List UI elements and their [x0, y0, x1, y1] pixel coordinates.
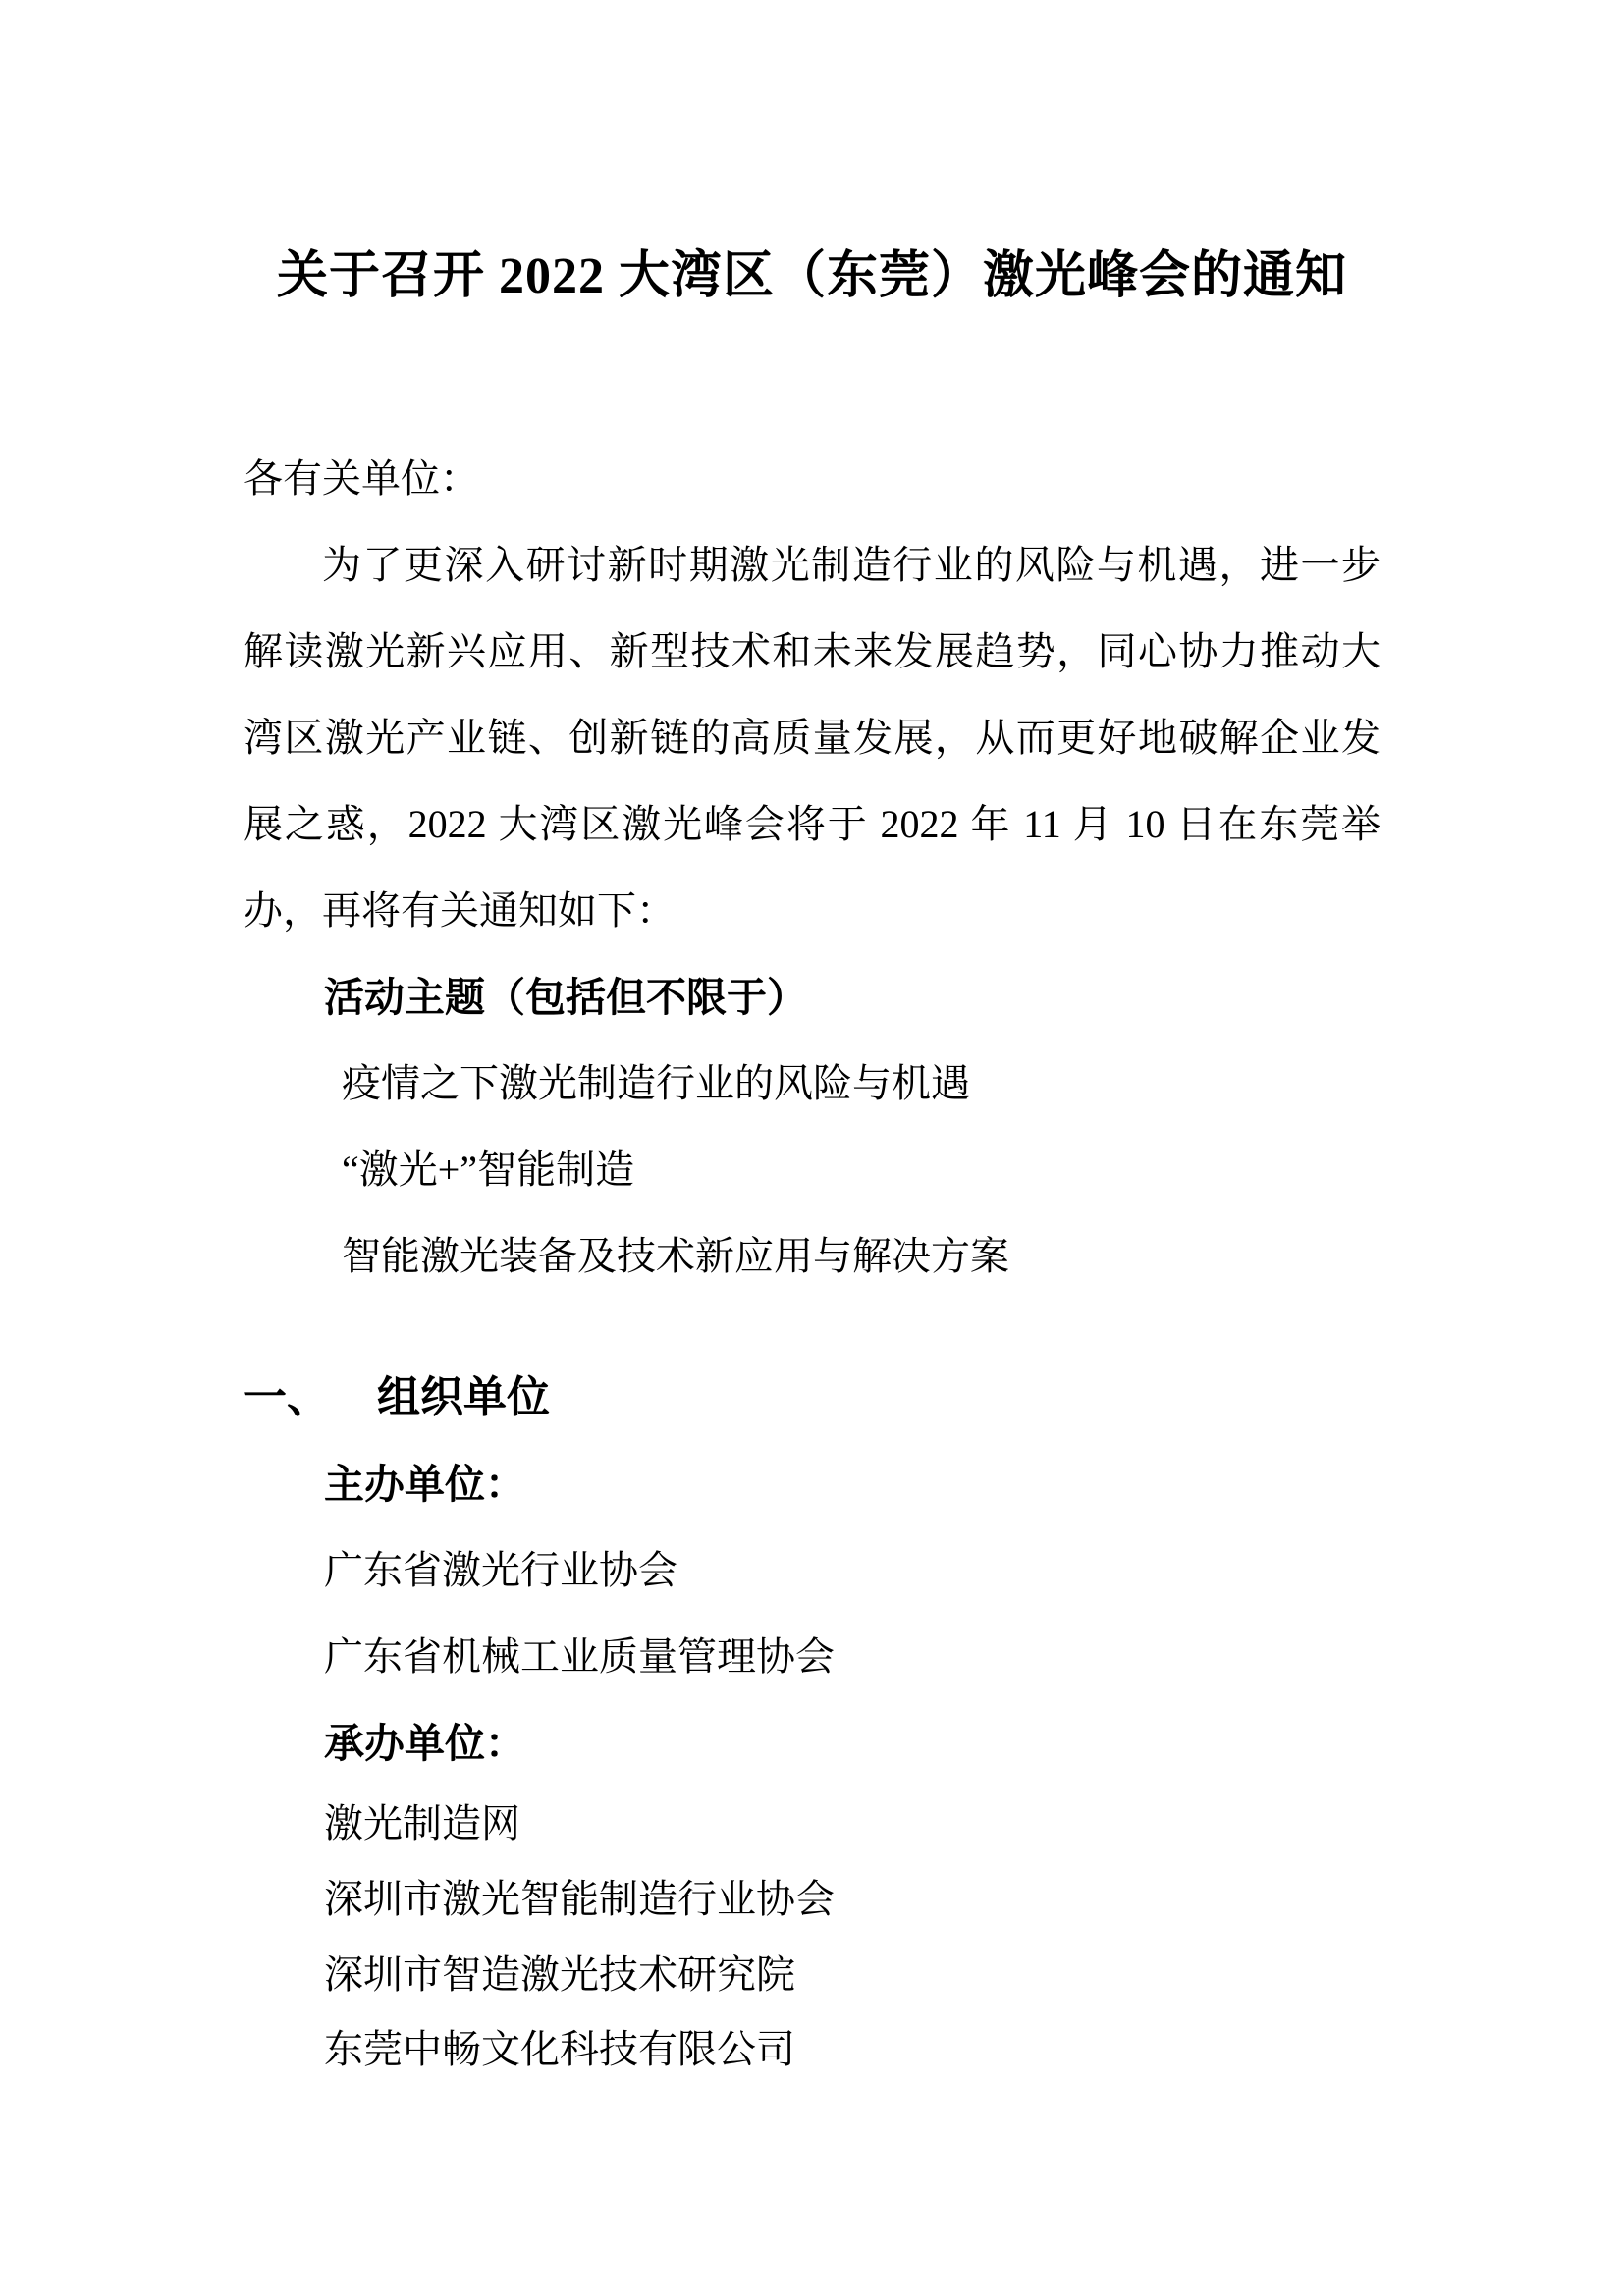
section-title: 组织单位	[377, 1373, 550, 1421]
document-title: 关于召开 2022 大湾区（东莞）激光峰会的通知	[244, 243, 1380, 310]
section-number: 一、	[244, 1355, 330, 1441]
section-heading-organization: 一、组织单位	[244, 1355, 1380, 1441]
topics-heading: 活动主题（包括但不限于）	[324, 954, 1380, 1041]
host-item: 广东省激光行业协会	[324, 1527, 1380, 1614]
topic-item: 智能激光装备及技术新应用与解决方案	[342, 1213, 1380, 1300]
organizer-item: 深圳市智造激光技术研究院	[324, 1938, 1380, 2013]
salutation: 各有关单位：	[244, 436, 1380, 522]
topic-item: “激光+”智能制造	[342, 1127, 1380, 1213]
host-label: 主办单位：	[324, 1441, 1380, 1527]
organizer-item: 深圳市激光智能制造行业协会	[324, 1862, 1380, 1938]
document-page: 关于召开 2022 大湾区（东莞）激光峰会的通知 各有关单位： 为了更深入研讨新…	[0, 0, 1624, 2296]
topic-item: 疫情之下激光制造行业的风险与机遇	[342, 1041, 1380, 1127]
organizer-item: 激光制造网	[324, 1787, 1380, 1862]
host-item: 广东省机械工业质量管理协会	[324, 1614, 1380, 1700]
organizer-item: 东莞中畅文化科技有限公司	[324, 2012, 1380, 2088]
organizer-label: 承办单位：	[324, 1700, 1380, 1787]
intro-paragraph: 为了更深入研讨新时期激光制造行业的风险与机遇，进一步解读激光新兴应用、新型技术和…	[244, 522, 1380, 954]
